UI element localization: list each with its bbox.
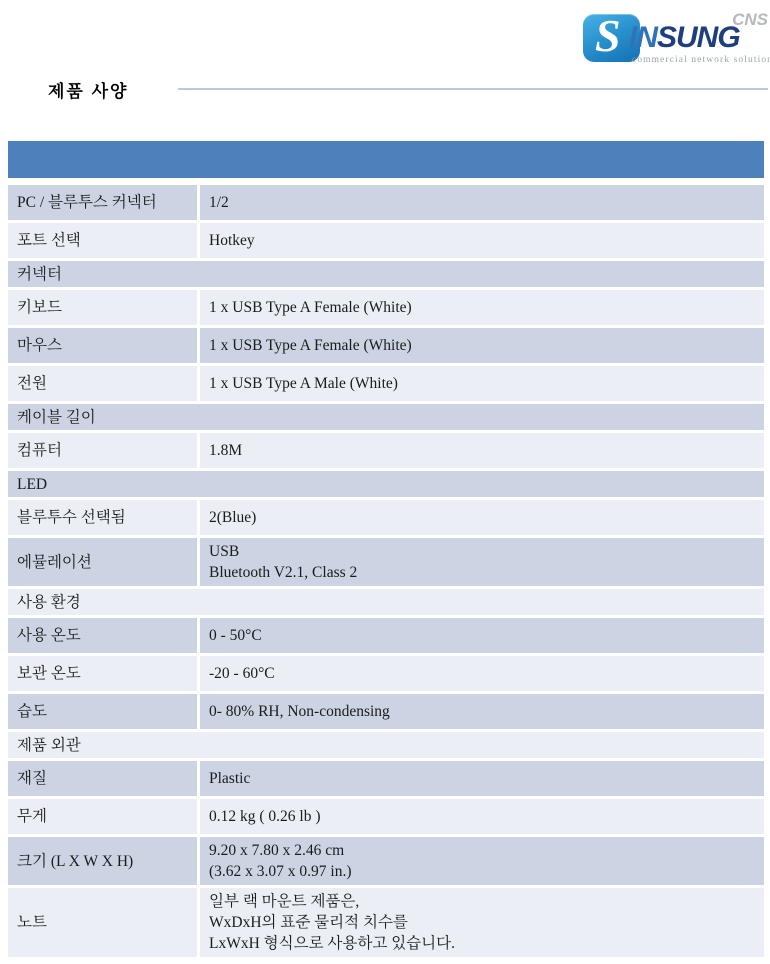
spec-value-line: Plastic <box>209 768 758 789</box>
spec-value: 0.12 kg ( 0.26 lb ) <box>200 799 764 834</box>
spec-label: 노트 <box>8 888 197 957</box>
spec-label: 크기 (L X W X H) <box>8 837 197 885</box>
spec-value-line: 1.8M <box>209 440 758 461</box>
spec-value-line: 1 x USB Type A Male (White) <box>209 373 758 394</box>
logo-wordmark-in: IN <box>629 21 657 54</box>
spec-label: 사용 온도 <box>8 618 197 653</box>
spec-value-line: 1 x USB Type A Female (White) <box>209 297 758 318</box>
spec-row: 블루투수 선택됨2(Blue) <box>8 500 764 535</box>
spec-row: 무게0.12 kg ( 0.26 lb ) <box>8 799 764 834</box>
spec-row: 마우스1 x USB Type A Female (White) <box>8 328 764 363</box>
page: { "header": { "title": "제품 사양", "logo": … <box>0 0 770 964</box>
table-header-bar <box>8 141 764 178</box>
spec-label: 습도 <box>8 694 197 729</box>
spec-value-line: (3.62 x 3.07 x 0.97 in.) <box>209 861 758 882</box>
spec-value-line: LxWxH 형식으로 사용하고 있습니다. <box>209 933 758 954</box>
spec-value-line: Bluetooth V2.1, Class 2 <box>209 562 758 583</box>
spec-row: 크기 (L X W X H)9.20 x 7.80 x 2.46 cm(3.62… <box>8 837 764 885</box>
spec-label: 보관 온도 <box>8 656 197 691</box>
spec-label: 제품 외관 <box>8 732 764 758</box>
spec-row: 에뮬레이션USBBluetooth V2.1, Class 2 <box>8 538 764 586</box>
spec-row: 컴퓨터1.8M <box>8 433 764 468</box>
spec-value-line: 9.20 x 7.80 x 2.46 cm <box>209 840 758 861</box>
spec-value-line: -20 - 60°C <box>209 663 758 684</box>
spec-value: 1 x USB Type A Female (White) <box>200 290 764 325</box>
spec-value: 일부 랙 마운트 제품은,WxDxH의 표준 물리적 치수를LxWxH 형식으로… <box>200 888 764 957</box>
spec-label: 블루투수 선택됨 <box>8 500 197 535</box>
spec-row: 보관 온도-20 - 60°C <box>8 656 764 691</box>
spec-value-line: WxDxH의 표준 물리적 치수를 <box>209 912 758 933</box>
sinsung-cns-logo: S INSUNG CNS commercial network solution <box>583 14 768 66</box>
section-row: 사용 환경 <box>8 589 764 615</box>
spec-label: 에뮬레이션 <box>8 538 197 586</box>
spec-value-line: 0 - 50°C <box>209 625 758 646</box>
spec-value: 9.20 x 7.80 x 2.46 cm(3.62 x 3.07 x 0.97… <box>200 837 764 885</box>
spec-value: 0 - 50°C <box>200 618 764 653</box>
spec-row: PC / 블루투스 커넥터1/2 <box>8 185 764 220</box>
spec-label: 컴퓨터 <box>8 433 197 468</box>
spec-row: 키보드1 x USB Type A Female (White) <box>8 290 764 325</box>
section-row: LED <box>8 471 764 497</box>
spec-row: 포트 선택Hotkey <box>8 223 764 258</box>
spec-label: 커넥터 <box>8 261 764 287</box>
spec-label: 전원 <box>8 366 197 401</box>
logo-tagline: commercial network solution <box>632 55 770 65</box>
spec-value-line: Hotkey <box>209 230 758 251</box>
spec-table-rows: PC / 블루투스 커넥터1/2포트 선택Hotkey커넥터키보드1 x USB… <box>8 185 764 957</box>
spec-row: 사용 온도0 - 50°C <box>8 618 764 653</box>
spec-label: 포트 선택 <box>8 223 197 258</box>
spec-value: 0- 80% RH, Non-condensing <box>200 694 764 729</box>
logo-wordmark: INSUNG <box>629 21 740 55</box>
section-row: 커넥터 <box>8 261 764 287</box>
spec-row: 습도0- 80% RH, Non-condensing <box>8 694 764 729</box>
spec-value: USBBluetooth V2.1, Class 2 <box>200 538 764 586</box>
title-underline-rule <box>178 88 768 90</box>
spec-value: -20 - 60°C <box>200 656 764 691</box>
spec-value: 1 x USB Type A Male (White) <box>200 366 764 401</box>
section-row: 제품 외관 <box>8 732 764 758</box>
spec-row: 노트일부 랙 마운트 제품은,WxDxH의 표준 물리적 치수를LxWxH 형식… <box>8 888 764 957</box>
logo-wordmark-sung: SUNG <box>657 21 740 54</box>
page-title: 제품 사양 <box>48 77 128 102</box>
spec-label: PC / 블루투스 커넥터 <box>8 185 197 220</box>
spec-table: PC / 블루투스 커넥터1/2포트 선택Hotkey커넥터키보드1 x USB… <box>8 141 764 960</box>
spec-value: 1.8M <box>200 433 764 468</box>
logo-cns-badge: CNS <box>732 10 768 30</box>
spec-value: 1 x USB Type A Female (White) <box>200 328 764 363</box>
spec-row: 전원1 x USB Type A Male (White) <box>8 366 764 401</box>
spec-value-line: 0.12 kg ( 0.26 lb ) <box>209 806 758 827</box>
logo-s-letter: S <box>595 9 621 62</box>
spec-value-line: 1 x USB Type A Female (White) <box>209 335 758 356</box>
spec-label: 재질 <box>8 761 197 796</box>
spec-value: Plastic <box>200 761 764 796</box>
spec-value: Hotkey <box>200 223 764 258</box>
spec-value: 1/2 <box>200 185 764 220</box>
spec-value: 2(Blue) <box>200 500 764 535</box>
spec-label: 키보드 <box>8 290 197 325</box>
spec-row: 재질Plastic <box>8 761 764 796</box>
spec-label: 무게 <box>8 799 197 834</box>
spec-value-line: 0- 80% RH, Non-condensing <box>209 701 758 722</box>
spec-value-line: 일부 랙 마운트 제품은, <box>209 891 758 912</box>
section-row: 케이블 길이 <box>8 404 764 430</box>
spec-value-line: 2(Blue) <box>209 507 758 528</box>
spec-value-line: 1/2 <box>209 192 758 213</box>
spec-label: 사용 환경 <box>8 589 764 615</box>
spec-value-line: USB <box>209 541 758 562</box>
spec-label: 케이블 길이 <box>8 404 764 430</box>
spec-label: LED <box>8 471 764 497</box>
spec-label: 마우스 <box>8 328 197 363</box>
